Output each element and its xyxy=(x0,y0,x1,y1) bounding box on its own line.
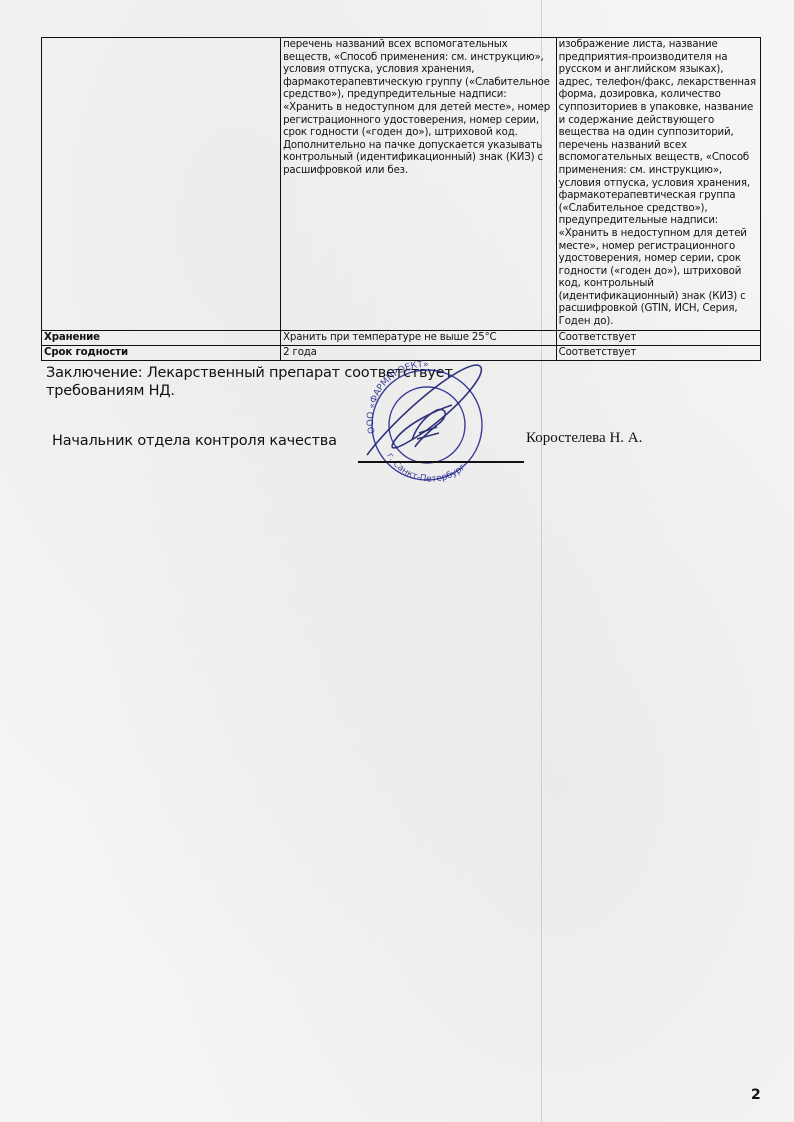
signature-line xyxy=(358,461,524,463)
page-number: 2 xyxy=(751,1087,761,1103)
result-cell: Соответствует xyxy=(556,345,760,360)
parameter-cell: Хранение xyxy=(42,330,281,345)
parameter-cell xyxy=(42,38,281,331)
result-cell: Соответствует xyxy=(556,330,760,345)
requirement-cell: перечень названий всех вспомогательных в… xyxy=(281,38,557,331)
parameter-cell: Срок годности xyxy=(42,345,281,360)
requirement-cell: Хранить при температуре не выше 25°С xyxy=(281,330,557,345)
specification-table: перечень названий всех вспомогательных в… xyxy=(41,37,761,361)
signer-position: Начальник отдела контроля качества xyxy=(52,433,337,449)
result-cell: изображение листа, название предприятия-… xyxy=(556,38,760,331)
table-row-storage: Хранение Хранить при температуре не выше… xyxy=(42,330,761,345)
svg-text:г. Санкт-Петербург: г. Санкт-Петербург xyxy=(384,451,468,484)
table-row-labeling: перечень названий всех вспомогательных в… xyxy=(42,38,761,331)
company-stamp-icon: ООО «ФАРМПРОЕКТ» г. Санкт-Петербург xyxy=(357,355,497,485)
signer-name: Коростелева Н. А. xyxy=(526,430,642,447)
